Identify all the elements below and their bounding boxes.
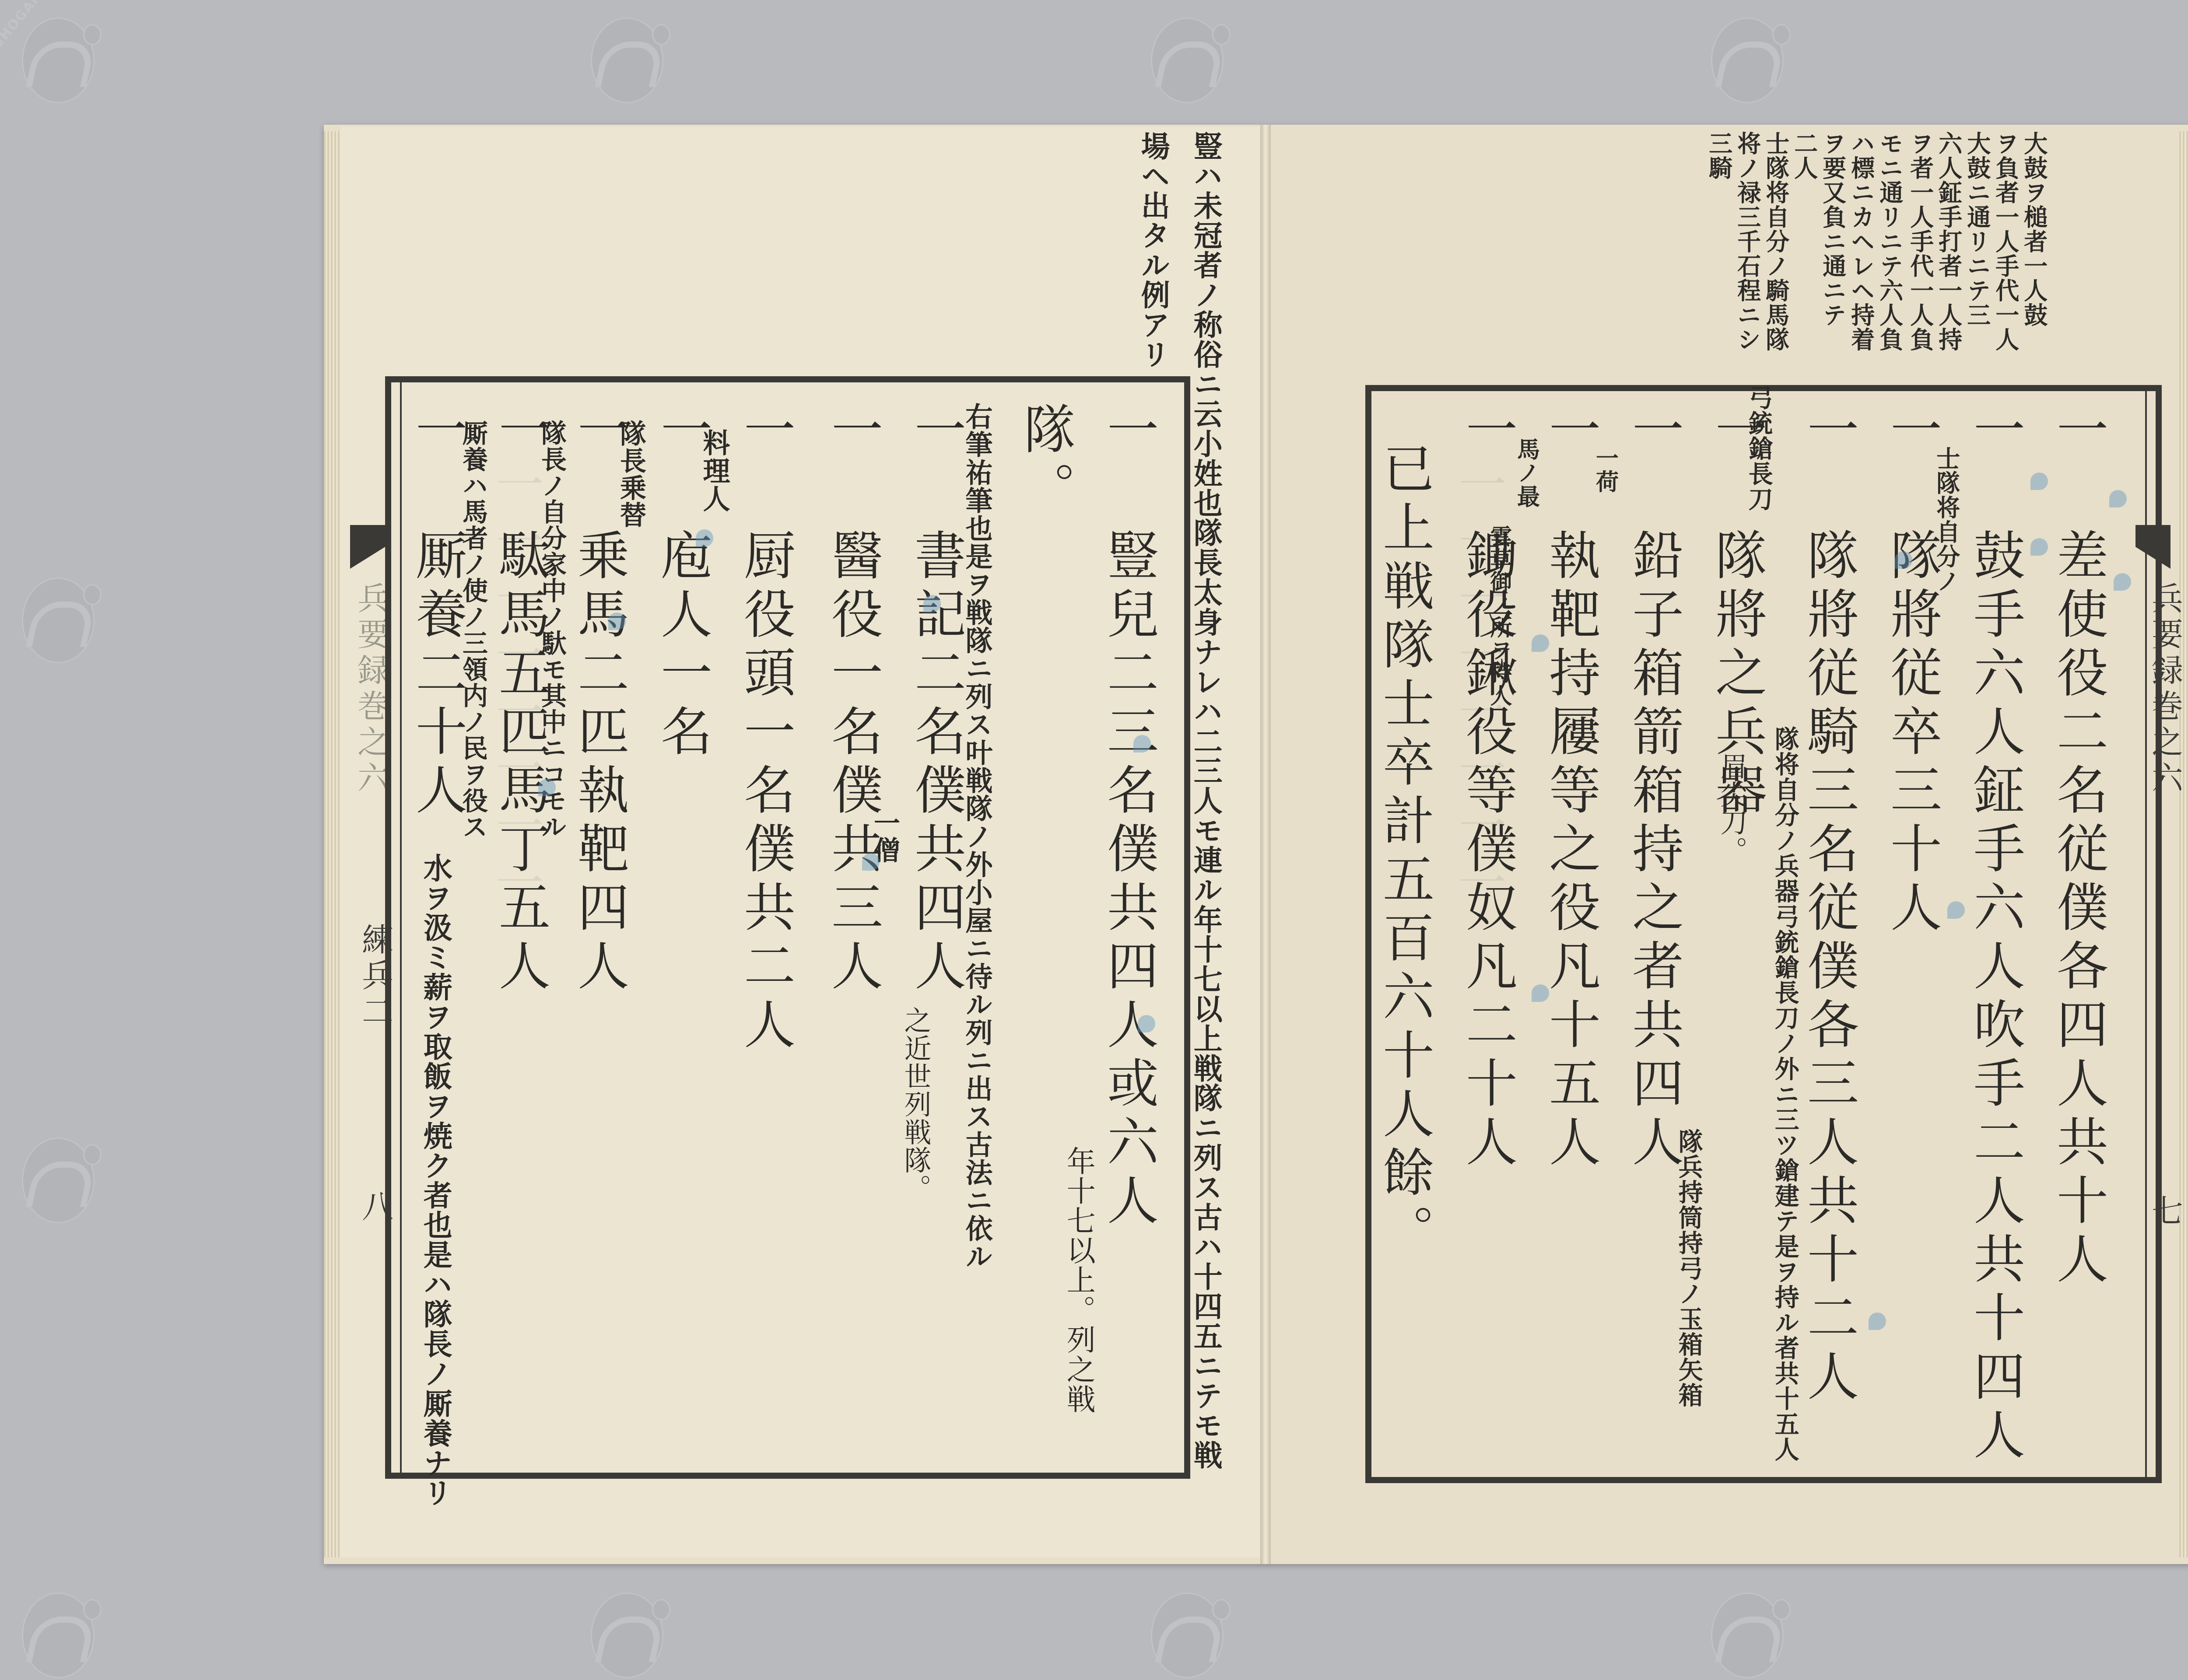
right-col-5-note: 眉尖刀。 [1718, 752, 1746, 927]
blue-punctuation-mark [1133, 735, 1151, 752]
right-col-1-main: 一 差使役二名従僕各四人共十人 [2052, 402, 2104, 1452]
blue-punctuation-mark [608, 612, 626, 630]
right-header-note-1: 大鼓ヲ槌者一人鼓 [2022, 131, 2047, 385]
left-col-2-main: 隊。 [1020, 402, 1071, 534]
left-col-9-note2: 水ヲ汲ミ薪ヲ取飯ヲ焼ク者也是ハ隊長ノ厮養ナリ [420, 853, 450, 1466]
left-margin-title: 兵要録巻之六 [348, 582, 393, 976]
right-col-5-main: 一 隊將之兵器 [1711, 402, 1763, 752]
right-col-7-main: 一 執靶持屨等之役凡十五人 [1545, 402, 1596, 1277]
watermark-logo [1698, 0, 1803, 105]
left-col-1-note: 年十七以上。列之戦 [1063, 1146, 1094, 1391]
blue-punctuation-mark [2030, 538, 2048, 556]
watermark-logo [9, 1120, 114, 1225]
blue-punctuation-mark [1532, 984, 1549, 1002]
left-col-1-main: 一 豎兒二三名僕共四人或六人 [1103, 402, 1154, 1015]
left-header-note-2: 場ヘ出タル例アリ [1138, 131, 1168, 376]
blue-punctuation-mark [1895, 551, 1912, 569]
blue-punctuation-mark [1947, 901, 1965, 919]
left-col-7-main: 一 乗馬二匹執靶四人 [573, 402, 625, 971]
right-col-9-main: 已上戦隊士卒計五百六十人餘。 [1378, 442, 1430, 1404]
left-col-8-main: 一 駄馬五匹馬丁五人 [494, 402, 546, 971]
fishtail-mark [350, 525, 385, 569]
left-col-6-main: 一 庖人一名 [656, 402, 708, 709]
fishtail-mark [2135, 525, 2170, 569]
blue-punctuation-mark [862, 853, 880, 871]
right-col-3-main: 一 隊將従卒三十人 [1886, 402, 1938, 971]
right-col-7-note: 馬ノ最 [1514, 437, 1538, 525]
left-margin-page-number: 八 [352, 1190, 398, 1242]
right-margin-title: 兵要録巻之六 [2142, 582, 2188, 976]
book-spine [1260, 125, 1271, 1564]
blue-punctuation-mark [1532, 634, 1549, 652]
left-col-4-main: 一 醫役一名僕共三人 [827, 402, 879, 971]
right-header-note-3: 大鼓ニ通リニテ三 [1965, 131, 1990, 385]
right-margin-page-number: 七 [2142, 1194, 2188, 1247]
left-col-9-main: 一 厮養二十人 [411, 402, 463, 840]
right-header-note-10: 士隊将自分ノ騎馬隊 [1764, 131, 1788, 385]
right-col-8-main: 一 鋤役鍬役等僕奴凡二十人 [1462, 402, 1513, 1277]
left-col-3-note: 右筆祐筆也是ヲ戦隊ニ列ス叶戦隊ノ外小屋ニ待ル列ニ出ス古法ニ依ル [963, 402, 991, 1452]
blue-punctuation-mark [1138, 1015, 1155, 1032]
blue-punctuation-mark [538, 779, 556, 796]
right-col-4-note: 隊将自分ノ兵器弓銃鎗長刀ノ外ニ三ツ鎗建テ是ヲ持ル者共十五人 [1772, 726, 1798, 1339]
watermark-logo [578, 0, 683, 105]
right-header-note-7: ハ標ニカヘレヘ持着 [1849, 131, 1874, 385]
blue-punctuation-mark [2114, 573, 2131, 591]
right-col-4-main: 一 隊將従騎三名従僕各三人共十二人 [1803, 402, 1855, 1452]
blue-punctuation-mark [923, 595, 941, 612]
right-header-note-6: モニ通リニテ六人負 [1877, 131, 1902, 385]
watermark-logo [1138, 1575, 1243, 1680]
right-header-note-4: 六人鉦手打者一人持 [1936, 131, 1961, 385]
left-col-5-main: 一 厨役頭一名僕共二人 [740, 402, 791, 1015]
right-header-note-8: ヲ要又負ニ通ニテ [1820, 131, 1845, 385]
watermark-logo [578, 1575, 683, 1680]
right-header-note-11: 将ノ禄三千石程ニシ [1735, 131, 1760, 385]
right-col-2-main: 一 鼓手六人鉦手六人吹手二人共十四人 [1969, 402, 2021, 1452]
left-col-3-note3: 之近世列戦隊。 [901, 1006, 930, 1181]
right-col-6-note2: 隊兵持筒持弓ノ玉箱矢箱 [1676, 1129, 1702, 1522]
left-margin-section: 練兵二 [352, 923, 398, 1054]
right-header-note-2: ヲ負者一人手代一人 [1993, 131, 2018, 385]
right-col-6-main: 一 鉛子箱箭箱持之者共四人 [1628, 402, 1680, 1452]
watermark-logo [1698, 1575, 1803, 1680]
blue-punctuation-mark [2030, 472, 2048, 490]
blue-punctuation-mark [2109, 490, 2127, 507]
blue-punctuation-mark [696, 529, 713, 547]
watermark-logo: NISHOGAKUSHA [9, 0, 114, 105]
blue-punctuation-mark [1869, 1312, 1886, 1330]
watermark-logo [9, 1575, 114, 1680]
right-header-note-5: ヲ者一人手代一人負 [1908, 131, 1933, 385]
left-header-note-1: 豎ハ未冠者ノ称俗ニ云小姓也隊長太身ナレハ二三人モ連ル年十七以上戦隊ニ列ス古ハ十四… [1190, 131, 1220, 1531]
watermark-logo [1138, 0, 1243, 105]
margin-rule [400, 382, 402, 1473]
page-edges-left [324, 131, 341, 1557]
right-header-note-9: 二人 [1792, 131, 1817, 385]
left-col-3-main: 一 書記二名僕共四人 [910, 402, 962, 927]
watermark-logo [9, 560, 114, 665]
right-header-note-12: 三騎 [1707, 131, 1732, 385]
